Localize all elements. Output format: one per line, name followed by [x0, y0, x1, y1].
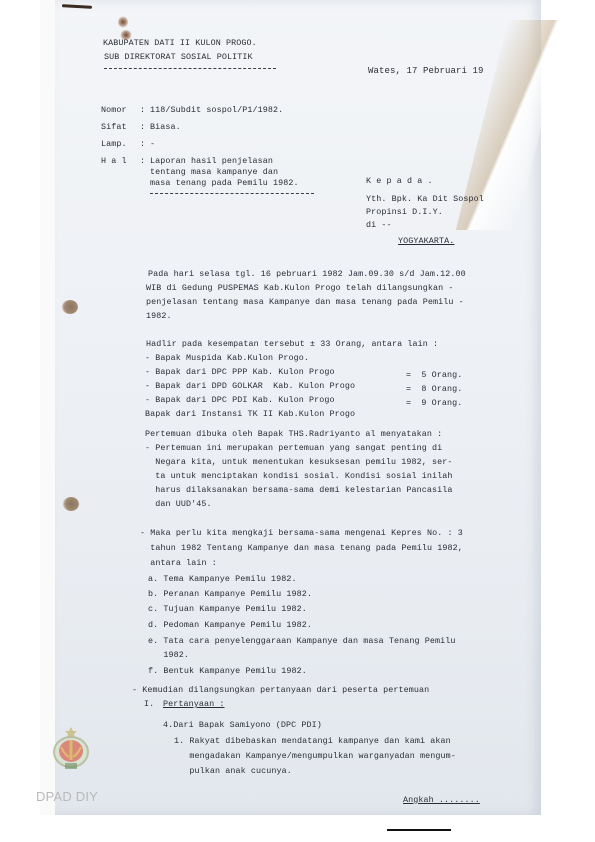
sifat-label: Sifat [101, 122, 127, 132]
kepres-line: - Maka perlu kita mengkaji bersama-sama … [140, 528, 463, 538]
lamp-colon: : [140, 139, 145, 149]
sifat-value: Biasa. [150, 122, 181, 132]
body-line: 1982. [146, 311, 172, 321]
kepada-label: K e p a d a . [366, 176, 433, 186]
hal-line: masa tenang pada Pemilu 1982. [150, 178, 299, 188]
page-margin [40, 0, 56, 815]
lamp-value: - [150, 139, 155, 149]
body-line: WIB di Gedung PUSPEMAS Kab.Kulon Progo t… [146, 283, 454, 293]
attendee-item: - Bapak Muspida Kab.Kulon Progo. [145, 353, 309, 363]
hal-label: H a l [101, 156, 127, 166]
recipient-line: di -- [366, 220, 392, 230]
lamp-label: Lamp. [101, 139, 127, 149]
punch-hole [62, 300, 78, 314]
letterhead-line-1: KABUPATEN DATI II KULON PROGO. [103, 38, 257, 48]
recipient-city: YOGYAKARTA. [398, 236, 454, 246]
sifat-colon: : [140, 122, 145, 132]
opening-point: Negara kita, untuk menentukan kesuksesan… [145, 457, 453, 467]
letterhead-line-2: SUB DIREKTORAT SOSIAL POLITIK [104, 52, 253, 62]
kepres-item: a. Tema Kampanye Pemilu 1982. [148, 574, 297, 584]
questions-number: I. [144, 699, 154, 709]
kepres-item: e. Tata cara penyelenggaraan Kampanye da… [148, 636, 456, 646]
recipient-line: Propinsi D.I.Y. [366, 207, 443, 217]
attendee-item: - Bapak dari DPC PDI Kab. Kulon Progo [145, 395, 335, 405]
hal-underline [150, 193, 314, 194]
questioner: 4.Dari Bapak Samiyono (DPC PDI) [163, 720, 322, 730]
kepres-line: tahun 1982 Tentang Kampanye dan masa ten… [140, 543, 463, 553]
nomor-colon: : [140, 105, 145, 115]
kepres-item: d. Pedoman Kampanye Pemilu 1982. [148, 620, 312, 630]
opening-point: dan UUD'45. [145, 499, 212, 509]
attendee-count: = 5 Orang. [406, 370, 462, 380]
question-line: 1. Rakyat dibebaskan mendatangi kampanye… [174, 736, 451, 746]
hadir-intro: Hadlir pada kesempatan tersebut ± 33 Ora… [146, 339, 438, 349]
attendee-item: - Bapak dari DPD GOLKAR Kab. Kulon Progo [145, 381, 355, 391]
kepres-line: antara lain : [140, 558, 217, 568]
questions-heading: Pertanyaan : [163, 699, 225, 709]
hal-line: Laporan hasil penjelasan [150, 156, 273, 166]
watermark-text: DPAD DIY [36, 789, 98, 804]
punch-hole [63, 497, 79, 511]
kepres-item: c. Tujuan Kampanye Pemilu 1982. [148, 604, 307, 614]
attendee-count: = 8 Orang. [406, 384, 462, 394]
opening-point: harus dilaksanakan bersama-sama demi kel… [145, 485, 453, 495]
opening-point: ta untuk menciptakan kondisi sosial. Kon… [145, 471, 453, 481]
attendee-item: - Bapak dari DPC PPP Kab. Kulon Progo [145, 367, 335, 377]
kepres-item: 1982. [148, 650, 189, 660]
question-line: pulkan anak cucunya. [174, 766, 292, 776]
kepres-item: b. Peranan Kampanye Pemilu 1982. [148, 589, 312, 599]
kepres-item: f. Bentuk Kampanye Pemilu 1982. [148, 666, 307, 676]
bottom-rule [387, 829, 451, 831]
place-date: Wates, 17 Pebruari 19 [368, 66, 484, 76]
opening-point: - Pertemuan ini merupakan pertemuan yang… [145, 443, 442, 453]
hal-line: tentang masa kampanye dan [150, 167, 278, 177]
continued-marker: Angkah ........ [403, 795, 480, 805]
attendee-item: Bapak dari Instansi TK II Kab.Kulon Prog… [145, 409, 355, 419]
opening-line: Pertemuan dibuka oleh Bapak THS.Radriyan… [145, 429, 442, 439]
nomor-label: Nomor [101, 105, 127, 115]
body-line: penjelasan tentang masa Kampanye dan mas… [146, 297, 464, 307]
hal-colon: : [140, 156, 145, 166]
attendee-count: = 9 Orang. [406, 398, 462, 408]
letterhead-underline [104, 68, 276, 69]
dpad-diy-emblem-icon [52, 727, 90, 773]
recipient-line: Yth. Bpk. Ka Dit Sospol [366, 194, 484, 204]
question-line: mengadakan Kampanye/mengumpulkan wargany… [174, 751, 456, 761]
nomor-value: 118/Subdit sospol/P1/1982. [150, 105, 283, 115]
body-line: Pada hari selasa tgl. 16 pebruari 1982 J… [148, 269, 466, 279]
rust-stain [118, 16, 128, 28]
questions-intro: - Kemudian dilangsungkan pertanyaan dari… [132, 685, 429, 695]
